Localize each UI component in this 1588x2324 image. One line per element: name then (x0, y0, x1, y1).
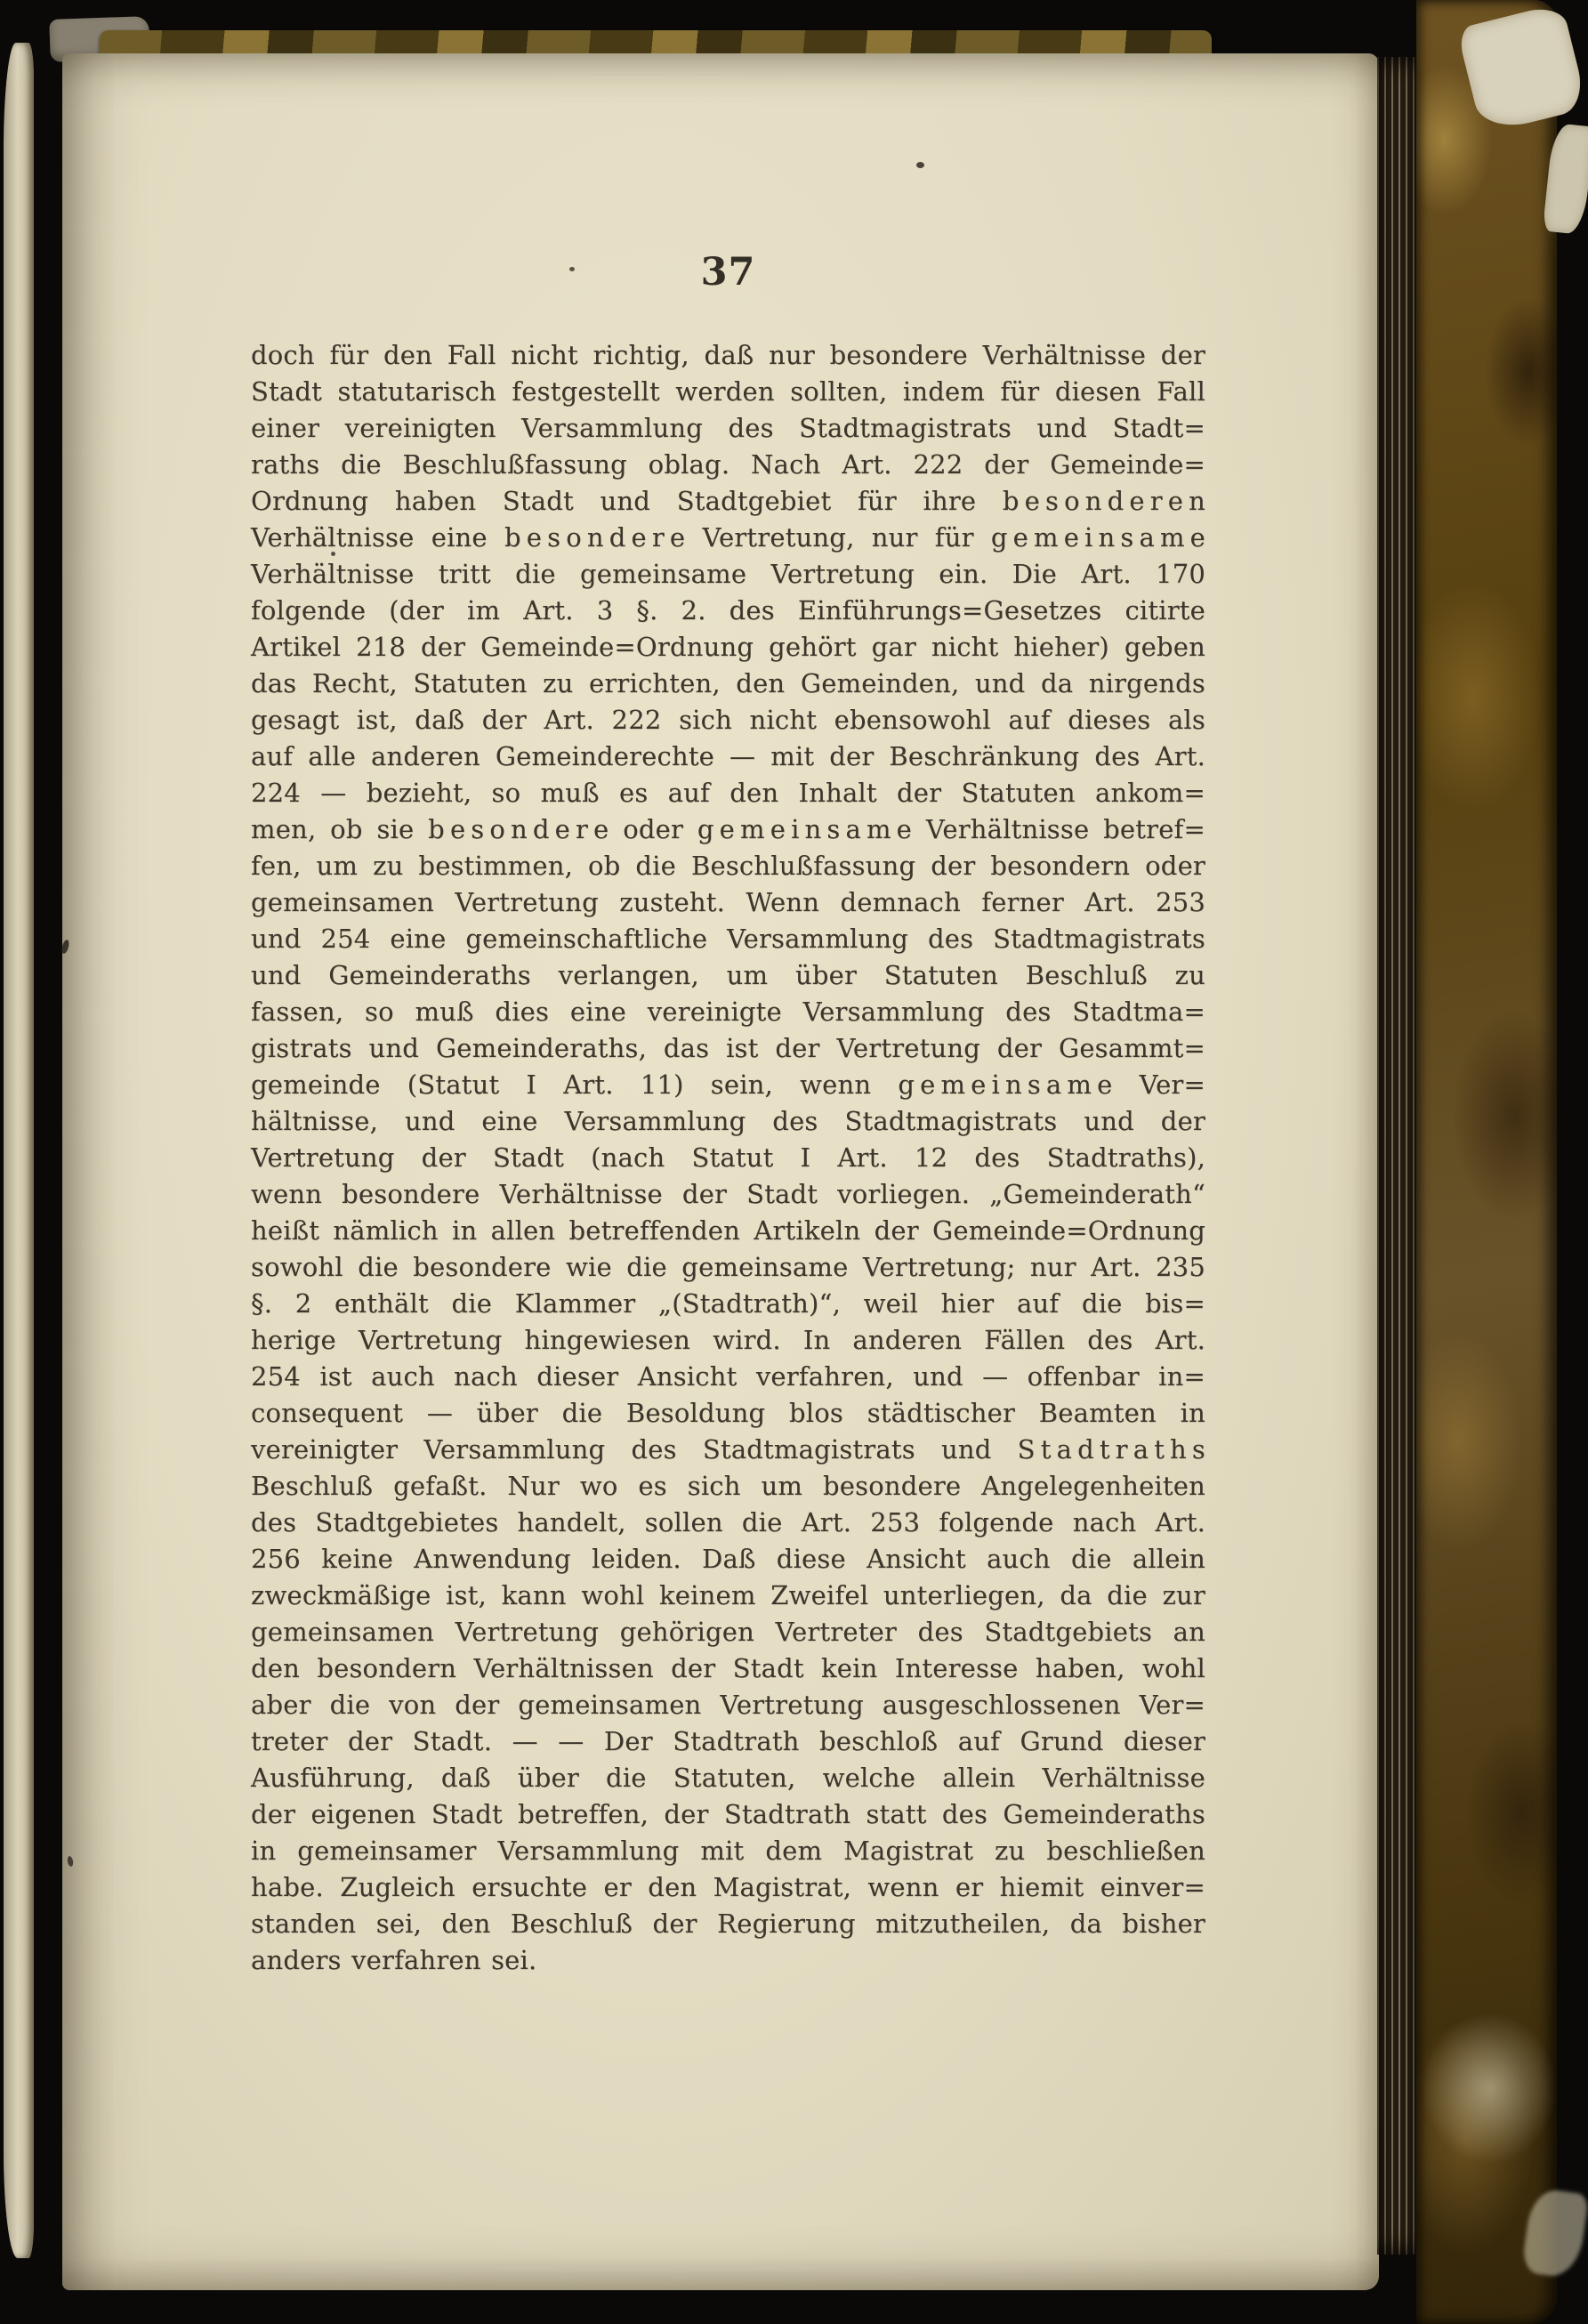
text-line: Verhältnisse eine b e s o n d e r e Vert… (251, 520, 1205, 556)
fore-edge-page-stack (1377, 57, 1418, 2255)
text-line: consequent — über die Besoldung blos stä… (251, 1395, 1205, 1432)
page-number: 37 (251, 250, 1205, 295)
text-line: Ordnung haben Stadt und Stadtgebiet für … (251, 483, 1205, 520)
ink-speck (331, 552, 335, 556)
text-line: herige Vertretung hingewiesen wird. In a… (251, 1322, 1205, 1359)
text-line: das Recht, Statuten zu errichten, den Ge… (251, 666, 1205, 702)
text-line: fen, um zu bestimmen, ob die Beschlußfas… (251, 848, 1205, 884)
text-line: und Gemeinderaths verlangen, um über Sta… (251, 957, 1205, 994)
text-line: zweckmäßige ist, kann wohl keinem Zweife… (251, 1578, 1205, 1614)
text-line: standen sei, den Beschluß der Regierung … (251, 1906, 1205, 1942)
book-scan: 37 doch für den Fall nicht richtig, daß … (0, 0, 1588, 2324)
text-line: der eigenen Stadt betreffen, der Stadtra… (251, 1796, 1205, 1833)
text-line: sowohl die besondere wie die gemeinsame … (251, 1249, 1205, 1286)
text-line: den besondern Verhältnissen der Stadt ke… (251, 1650, 1205, 1687)
text-line: men, ob sie b e s o n d e r e oder g e m… (251, 811, 1205, 848)
text-line: 224 — bezieht, so muß es auf den Inhalt … (251, 775, 1205, 811)
text-line: und 254 eine gemeinschaftliche Versammlu… (251, 921, 1205, 957)
text-line: hältnisse, und eine Versammlung des Stad… (251, 1103, 1205, 1140)
text-column: doch für den Fall nicht richtig, daß nur… (251, 337, 1205, 1979)
text-line: einer vereinigten Versammlung des Stadtm… (251, 410, 1205, 447)
opposite-page-edge (4, 43, 34, 2258)
text-line: 256 keine Anwendung leiden. Daß diese An… (251, 1541, 1205, 1578)
text-line: §. 2 enthält die Klammer „(Stadtrath)“, … (251, 1286, 1205, 1322)
text-line: gemeinde (Statut I Art. 11) sein, wenn g… (251, 1067, 1205, 1103)
text-line: des Stadtgebietes handelt, sollen die Ar… (251, 1505, 1205, 1541)
text-line: anders verfahren sei. (251, 1942, 1205, 1979)
text-line: aber die von der gemeinsamen Vertretung … (251, 1687, 1205, 1723)
text-line: Vertretung der Stadt (nach Statut I Art.… (251, 1140, 1205, 1176)
text-line: gesagt ist, daß der Art. 222 sich nicht … (251, 702, 1205, 738)
text-line: heißt nämlich in allen betreffenden Arti… (251, 1213, 1205, 1249)
book-cover-edge (1416, 0, 1557, 2324)
text-line: in gemeinsamer Versammlung mit dem Magis… (251, 1833, 1205, 1869)
text-line: Stadt statutarisch festgestellt werden s… (251, 374, 1205, 410)
text-line: gistrats und Gemeinderaths, das ist der … (251, 1030, 1205, 1067)
text-line: gemeinsamen Vertretung zusteht. Wenn dem… (251, 884, 1205, 921)
text-line: treter der Stadt. — — Der Stadtrath besc… (251, 1723, 1205, 1760)
text-line: Ausführung, daß über die Statuten, welch… (251, 1760, 1205, 1796)
text-line: Artikel 218 der Gemeinde=Ordnung gehört … (251, 629, 1205, 666)
text-line: vereinigter Versammlung des Stadtmagistr… (251, 1432, 1205, 1468)
text-line: auf alle anderen Gemeinderechte — mit de… (251, 738, 1205, 775)
text-line: Verhältnisse tritt die gemeinsame Vertre… (251, 556, 1205, 593)
ink-speck (569, 267, 575, 271)
text-line: 254 ist auch nach dieser Ansicht verfahr… (251, 1359, 1205, 1395)
text-line: doch für den Fall nicht richtig, daß nur… (251, 337, 1205, 374)
text-line: fassen, so muß dies eine vereinigte Vers… (251, 994, 1205, 1030)
text-line: habe. Zugleich ersuchte er den Magistrat… (251, 1869, 1205, 1906)
text-line: folgende (der im Art. 3 §. 2. des Einfüh… (251, 593, 1205, 629)
text-line: raths die Beschlußfassung oblag. Nach Ar… (251, 447, 1205, 483)
ink-speck (916, 162, 924, 168)
text-line: gemeinsamen Vertretung gehörigen Vertret… (251, 1614, 1205, 1650)
worn-cover-patch (1422, 2013, 1557, 2164)
text-line: wenn besondere Verhältnisse der Stadt vo… (251, 1176, 1205, 1213)
text-line: Beschluß gefaßt. Nur wo es sich um beson… (251, 1468, 1205, 1505)
